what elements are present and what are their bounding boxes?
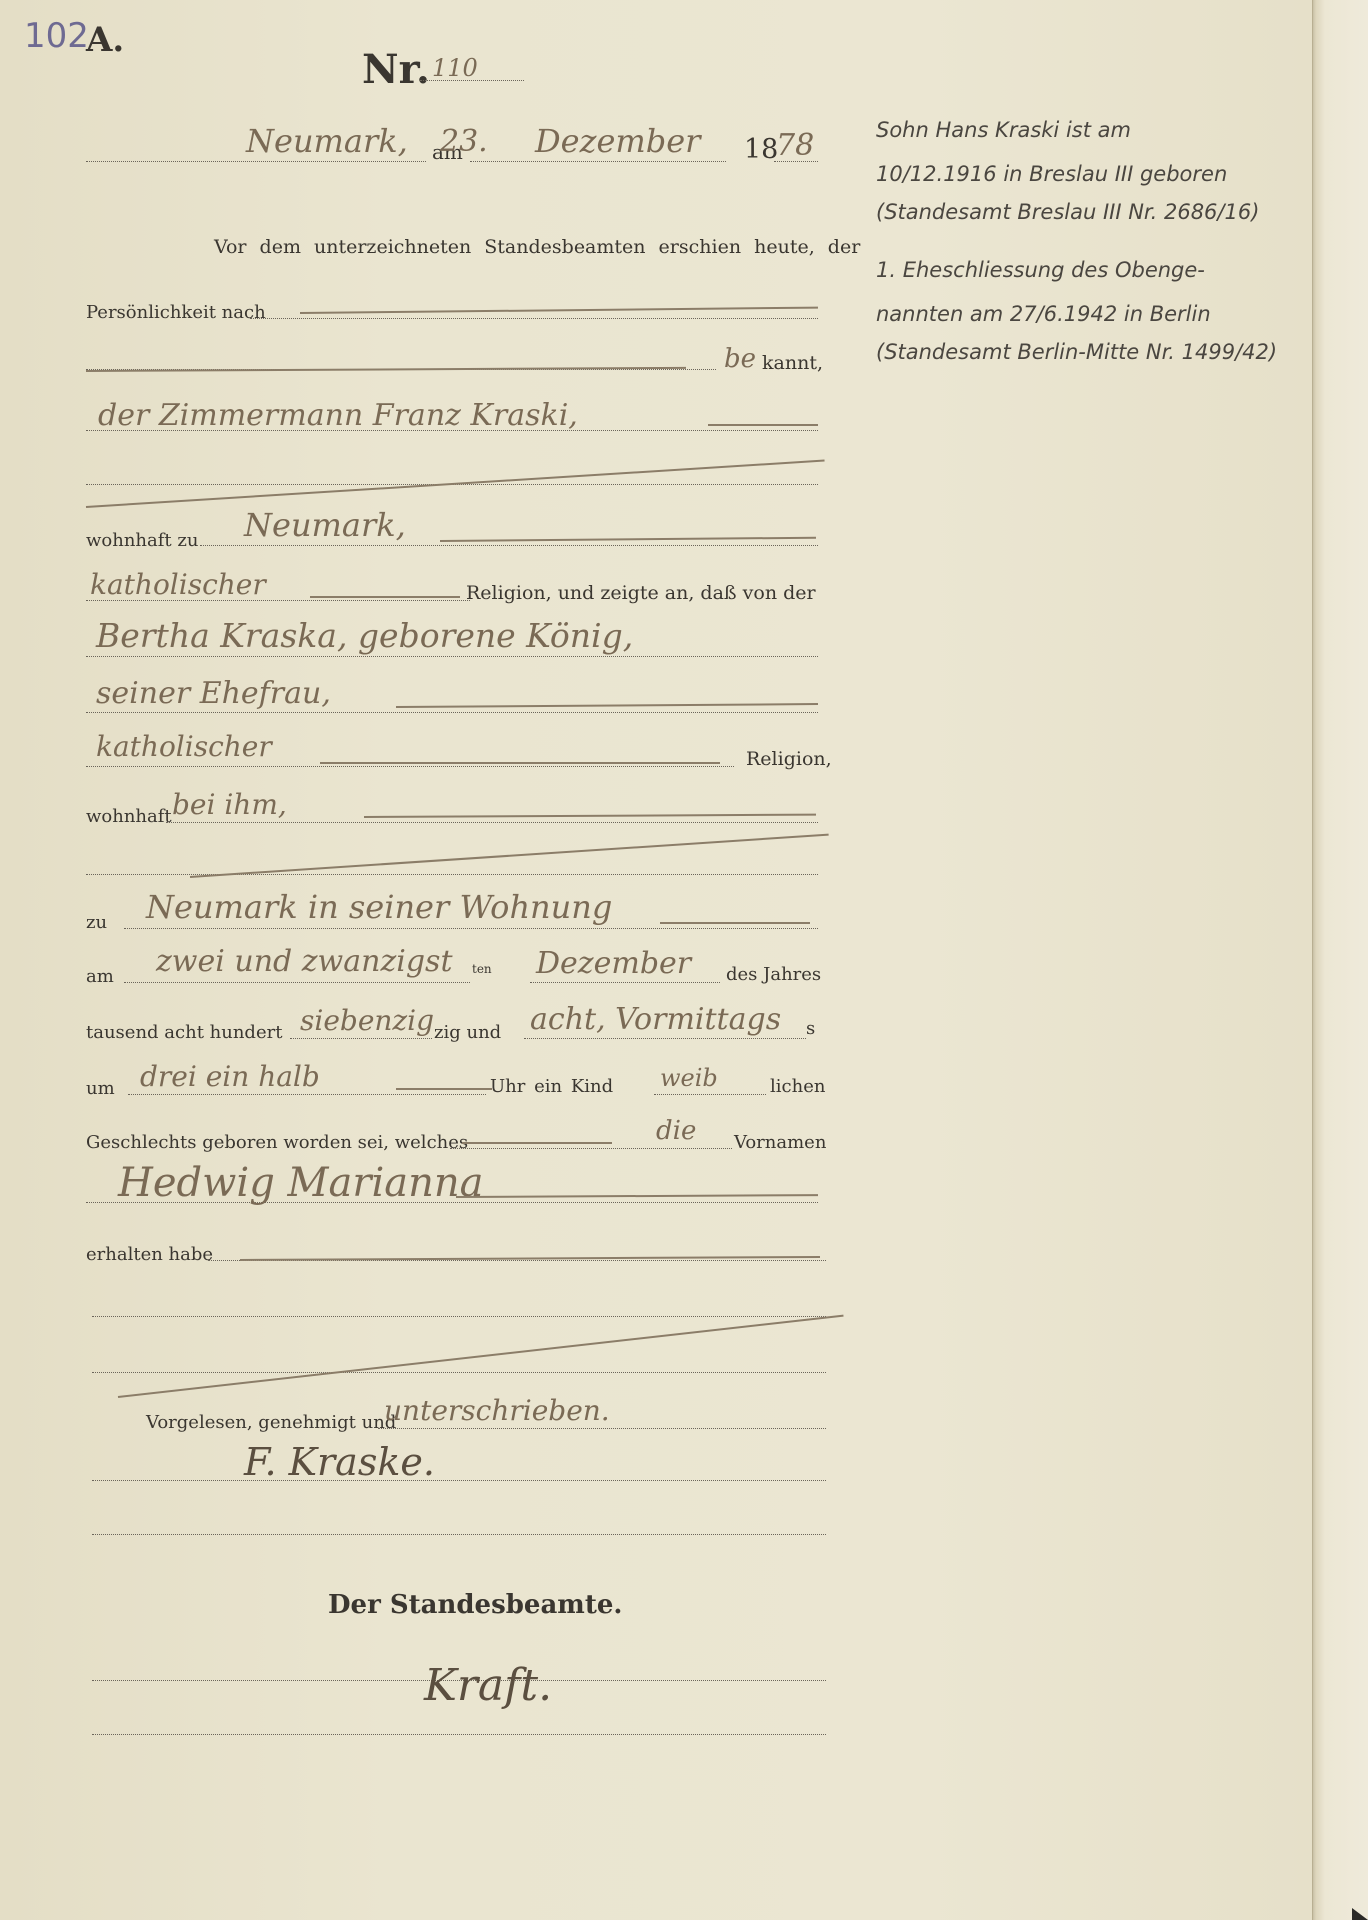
record-label: Nr. xyxy=(362,46,430,93)
residence-line xyxy=(200,545,818,546)
date-month: Dezember xyxy=(535,122,700,160)
blank-line-5 xyxy=(92,1534,826,1535)
zig-label: zig und xyxy=(434,1022,501,1043)
time-label: um xyxy=(86,1078,115,1099)
mother-relation-strike xyxy=(396,703,818,708)
margin-note-1-line-3: (Standesamt Breslau III Nr. 2686/16) xyxy=(876,200,1259,224)
year-handwritten: 78 xyxy=(776,128,814,163)
birth-month-line xyxy=(530,982,720,983)
blank-strike-3 xyxy=(118,1315,844,1398)
year-words-label: tausend acht hundert xyxy=(86,1022,282,1043)
child-name: Hedwig Marianna xyxy=(118,1160,483,1206)
mother-name: Bertha Kraska, geborene König, xyxy=(96,616,633,655)
year-decade-line xyxy=(290,1038,432,1039)
blank-line-3 xyxy=(92,1316,826,1317)
religion1: katholischer xyxy=(90,568,266,601)
record-number: 110 xyxy=(432,54,478,82)
year-decade: siebenzig xyxy=(300,1004,434,1037)
birthplace-line xyxy=(124,928,818,929)
mother-relation: seiner Ehefrau, xyxy=(96,676,331,711)
religion1-text: Religion, und zeigte an, daß von der xyxy=(466,582,816,604)
read-approved: unterschrieben. xyxy=(384,1394,610,1427)
residence-strike xyxy=(440,537,816,542)
year-unit-line xyxy=(524,1038,806,1039)
pencil-page-number: 102 xyxy=(24,16,89,56)
read-label: Vorgelesen, genehmigt und xyxy=(146,1412,396,1433)
birth-day-suffix: ten xyxy=(472,962,492,976)
religion2: katholischer xyxy=(96,730,272,763)
birth-day-line xyxy=(124,982,470,983)
name-article: die xyxy=(656,1116,696,1146)
received-label: erhalten habe xyxy=(86,1244,213,1265)
child-name-strike xyxy=(456,1194,818,1198)
year-label: des Jahres xyxy=(726,964,821,985)
series-letter: A. xyxy=(86,20,124,60)
time: drei ein halb xyxy=(140,1060,320,1093)
date-line xyxy=(470,161,726,162)
residence-label: wohnhaft zu xyxy=(86,530,198,551)
registrar-signature: Kraft. xyxy=(424,1660,552,1711)
margin-note-2-line-1: 1. Eheschliessung des Obenge- xyxy=(876,258,1205,282)
time-suffix: Uhr ein Kind xyxy=(490,1076,613,1097)
personality-line xyxy=(250,318,818,319)
personality-label: Persönlichkeit nach xyxy=(86,302,266,323)
birthplace-label: zu xyxy=(86,912,107,933)
sex-line xyxy=(654,1094,766,1095)
time-strike xyxy=(396,1088,492,1090)
mother-residence-label: wohnhaft xyxy=(86,806,172,827)
residence: Neumark, xyxy=(244,506,406,544)
known-prefix: be xyxy=(724,344,756,374)
sex: weib xyxy=(660,1064,718,1092)
time-line xyxy=(128,1094,486,1095)
place-line xyxy=(86,161,426,162)
read-line xyxy=(378,1428,826,1429)
known-suffix: kannt, xyxy=(762,352,823,374)
name-article-line xyxy=(450,1148,732,1149)
mother-residence-strike xyxy=(364,814,816,818)
sex-suffix: lichen xyxy=(770,1076,825,1097)
blank-strike-2 xyxy=(190,834,829,878)
intro-text: Vor dem unterzeichneten Standesbeamten e… xyxy=(214,236,860,258)
margin-note-2-line-2: nannten am 27/6.1942 in Berlin xyxy=(876,302,1211,326)
birthplace: Neumark in seiner Wohnung xyxy=(146,888,612,926)
personality-strike xyxy=(300,307,818,314)
name-article-strike xyxy=(462,1142,612,1144)
mother-residence: bei ihm, xyxy=(172,788,287,821)
mother-residence-line xyxy=(166,822,818,823)
mother-line xyxy=(86,656,818,657)
birth-month: Dezember xyxy=(536,946,691,981)
forenames-label: Vornamen xyxy=(734,1132,826,1153)
registrar-title: Der Standesbeamte. xyxy=(328,1590,622,1620)
mother-relation-line xyxy=(86,712,818,713)
year-line xyxy=(774,161,818,162)
blank-line-4 xyxy=(92,1372,826,1373)
year-unit: acht, Vormittags xyxy=(530,1002,781,1037)
date-day: 23. xyxy=(440,124,488,159)
informant-strike xyxy=(708,424,818,426)
page-binding-edge xyxy=(1312,0,1368,1920)
informant-name: der Zimmermann Franz Kraski, xyxy=(98,398,578,433)
religion2-strike xyxy=(320,762,720,764)
birthplace-strike xyxy=(660,922,810,924)
year-unit-suffix: s xyxy=(806,1018,815,1039)
register-page: 102 A. Nr. 110 Neumark, am 23. Dezember … xyxy=(0,0,1312,1920)
place: Neumark, xyxy=(246,122,408,160)
birth-day: zwei und zwanzigst xyxy=(156,944,453,979)
registrar-line-2 xyxy=(92,1734,826,1735)
informant-signature: F. Kraske. xyxy=(244,1440,435,1484)
record-number-line xyxy=(420,80,524,81)
birth-day-label: am xyxy=(86,966,114,987)
margin-note-2-line-3: (Standesamt Berlin-Mitte Nr. 1499/42) xyxy=(876,340,1277,364)
religion1-strike xyxy=(310,596,460,598)
religion2-line xyxy=(86,766,734,767)
gender-text: Geschlechts geboren worden sei, welches xyxy=(86,1132,468,1153)
informant-signature-line xyxy=(92,1480,826,1481)
religion2-label: Religion, xyxy=(746,748,832,770)
margin-note-1-line-2: 10/12.1916 in Breslau III geboren xyxy=(876,162,1227,186)
margin-note-1-line-1: Sohn Hans Kraski ist am xyxy=(876,118,1131,142)
